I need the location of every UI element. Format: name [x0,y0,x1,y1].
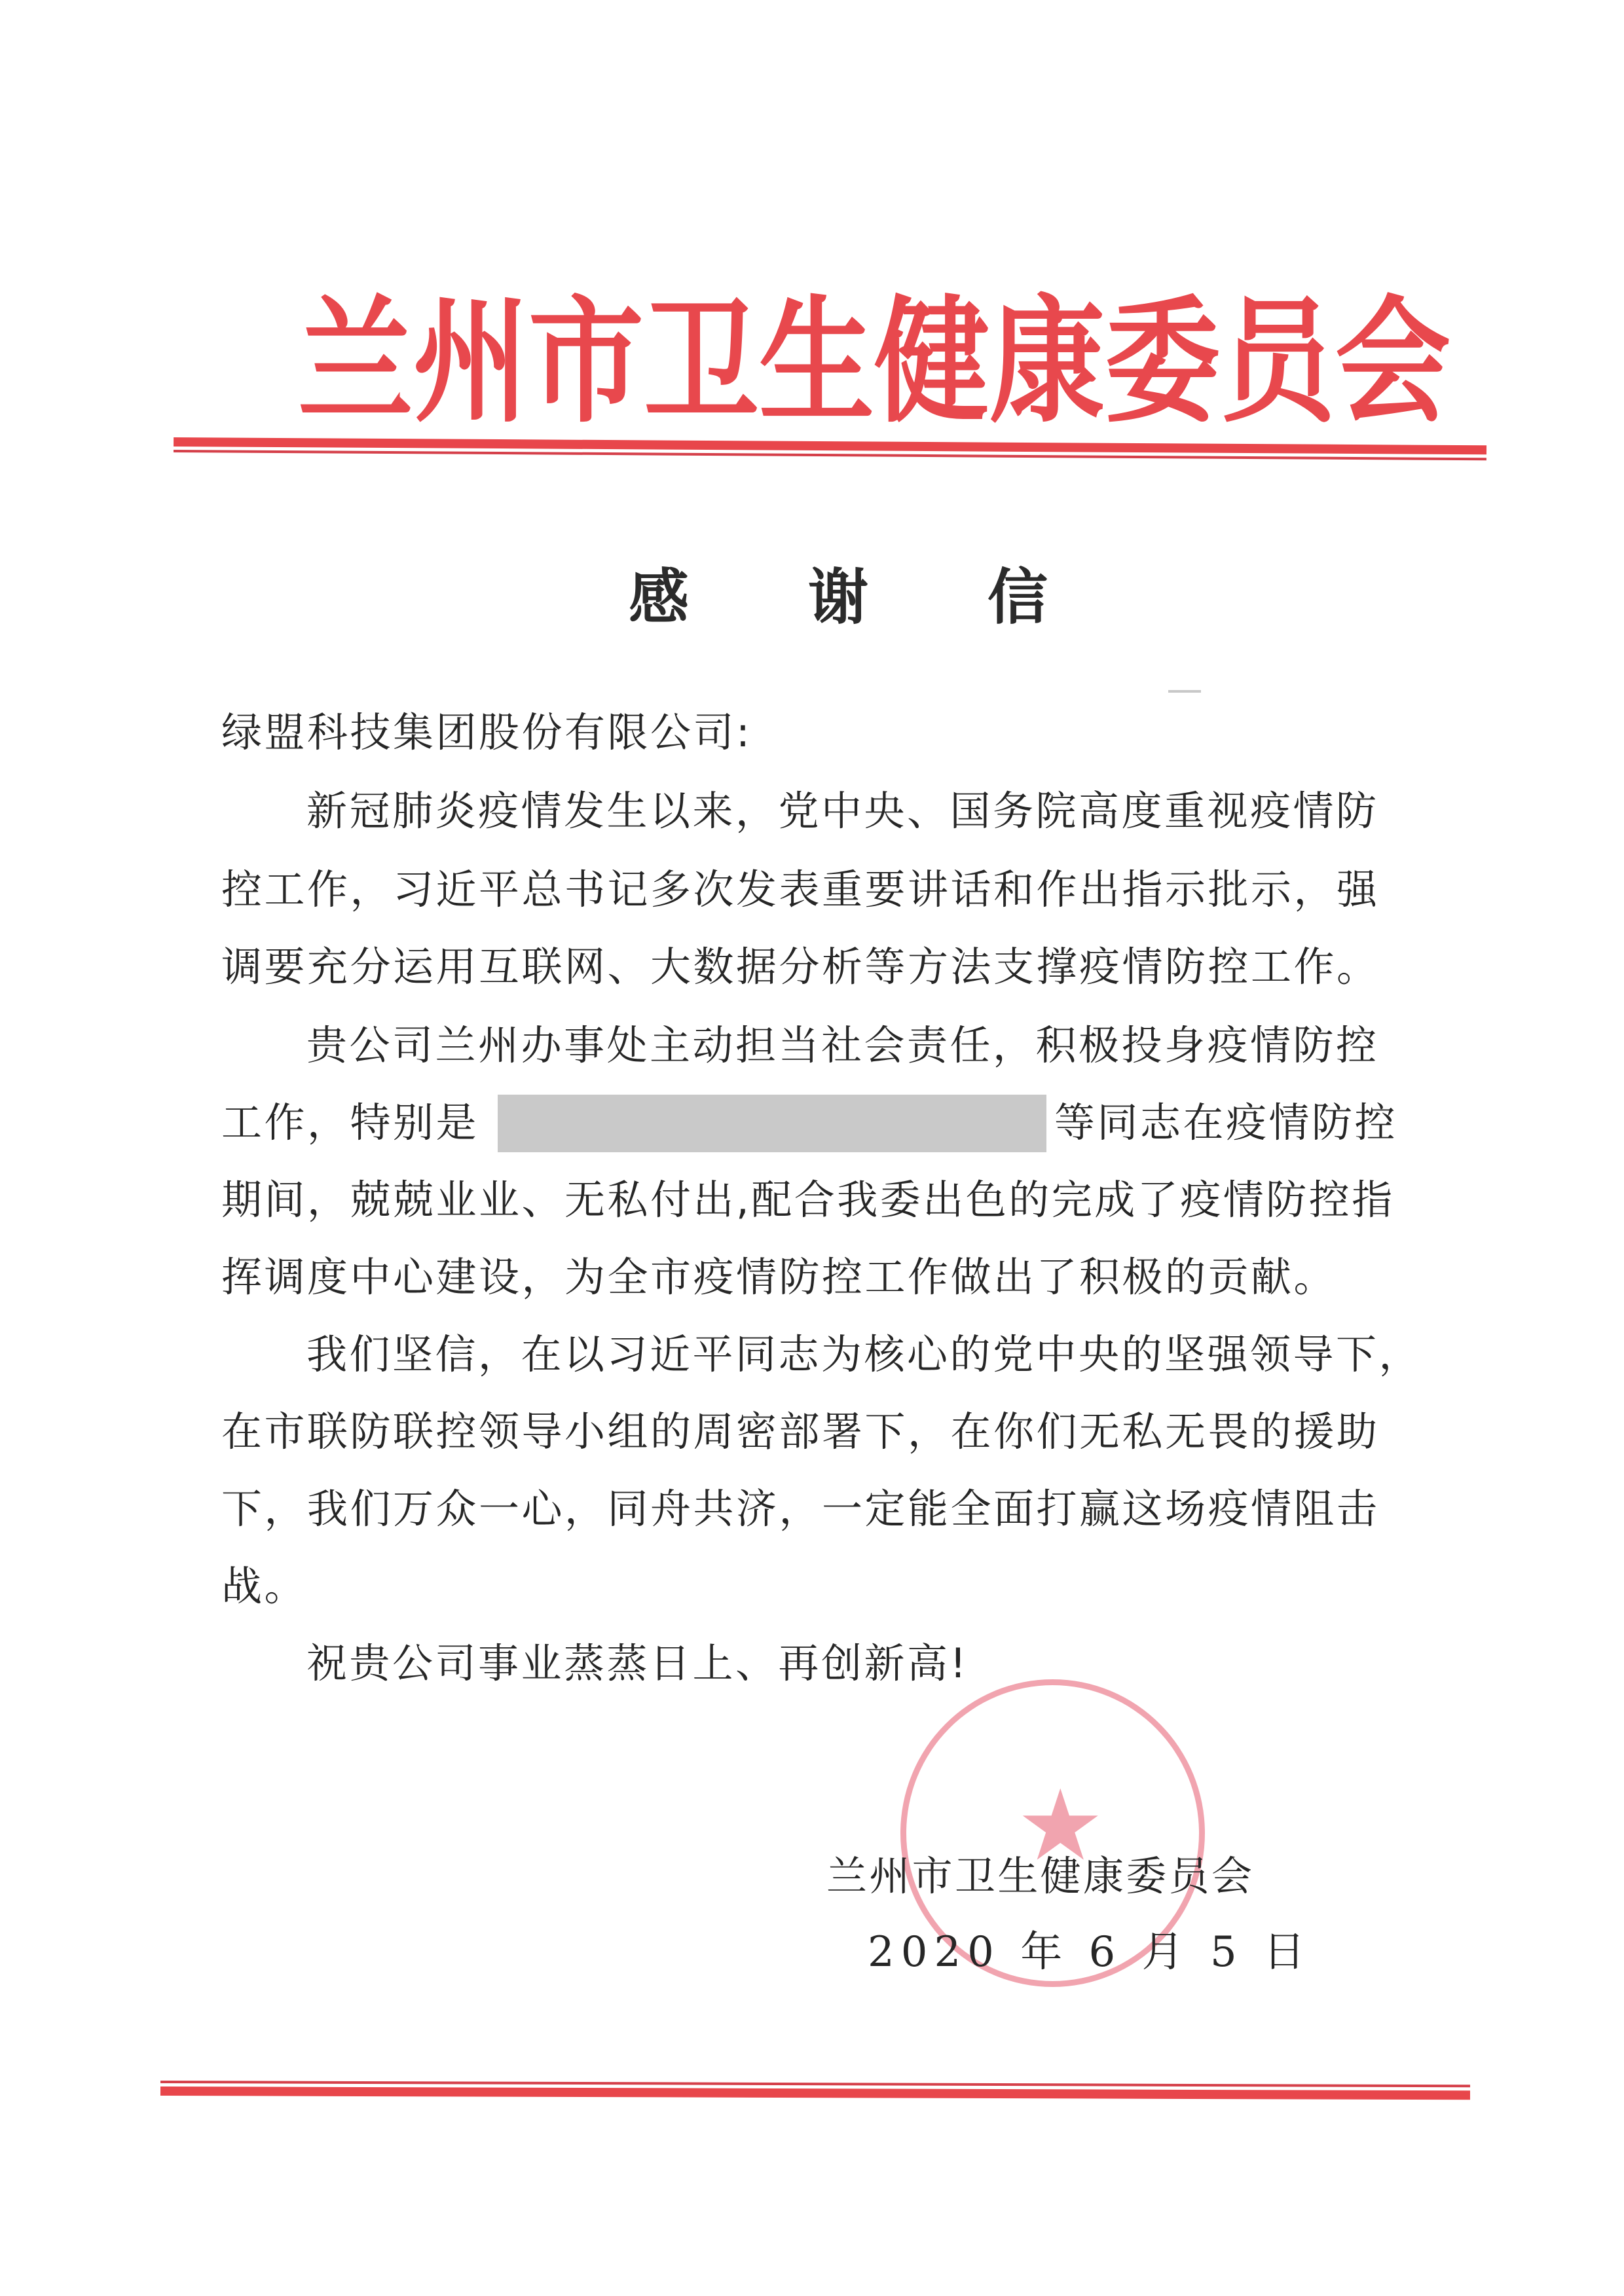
sig-char: 市 [912,1844,953,1902]
divider-thin-line [160,2081,1470,2087]
body-line: 在市联防联控领导小组的周密部署下，在你们无私无畏的援助 [221,1412,1400,1452]
footer-divider [160,2081,1470,2104]
document-title: 感 谢 信 [629,553,1048,632]
sig-char: 员 [1169,1844,1209,1902]
salutation: 绿盟科技集团股份有限公司: [221,712,1400,753]
title-char: 谢 [808,549,868,636]
letterhead-char: 员 [1220,253,1335,448]
letterhead-char: 卫 [644,253,759,448]
sig-char: 会 [1211,1844,1252,1902]
signature-date: 2020 年 6 月 5 日 [868,1918,1312,1971]
sig-char: 健 [1041,1844,1081,1902]
body-line: 我们坚信，在以习近平同志为核心的党中央的坚强领导下， [306,1334,1485,1375]
body-line: 新冠肺炎疫情发生以来，党中央、国务院高度重视疫情防 [306,791,1485,831]
letterhead-char: 生 [759,253,874,448]
letterhead-char: 市 [528,253,644,448]
letterhead-char: 州 [413,253,528,448]
letterhead-char: 健 [874,253,989,448]
sig-char: 兰 [826,1844,867,1902]
letterhead-char: 委 [1105,253,1220,448]
sig-char: 州 [869,1844,910,1902]
scan-artifact [1168,690,1201,693]
body-line: 贵公司兰州办事处主动担当社会责任，积极投身疫情防控 [306,1025,1485,1066]
closing-line: 祝贵公司事业蒸蒸日上、再创新高! [306,1643,1485,1684]
letterhead-char: 康 [989,253,1105,448]
letterhead-org-name: 兰 州 市 卫 生 健 康 委 员 会 [298,269,1378,431]
letterhead-char: 会 [1335,253,1450,448]
body-line: 战。 [221,1566,1400,1607]
body-line: 调要充分运用互联网、大数据分析等方法支撑疫情防控工作。 [221,947,1400,987]
redacted-names [498,1095,1046,1152]
title-char: 感 [629,549,689,636]
divider-thick-line [160,2086,1470,2100]
sig-char: 卫 [955,1844,995,1902]
letterhead-char: 兰 [298,253,413,448]
sig-char: 生 [997,1844,1038,1902]
body-line: 挥调度中心建设，为全市疫情防控工作做出了积极的贡献。 [221,1257,1400,1298]
body-line: 控工作，习近平总书记多次发表重要讲话和作出指示批示，强 [221,869,1400,910]
body-line: 等同志在疫情防控 [1054,1102,1624,1143]
signature-org: 兰 州 市 卫 生 健 康 委 员 会 [826,1846,1252,1899]
sig-char: 康 [1083,1844,1124,1902]
title-char: 信 [987,549,1048,636]
body-line: 下，我们万众一心，同舟共济，一定能全面打赢这场疫情阻击 [221,1489,1400,1529]
sig-char: 委 [1126,1844,1166,1902]
body-line: 期间，兢兢业业、无私付出,配合我委出色的完成了疫情防控指 [221,1180,1400,1220]
